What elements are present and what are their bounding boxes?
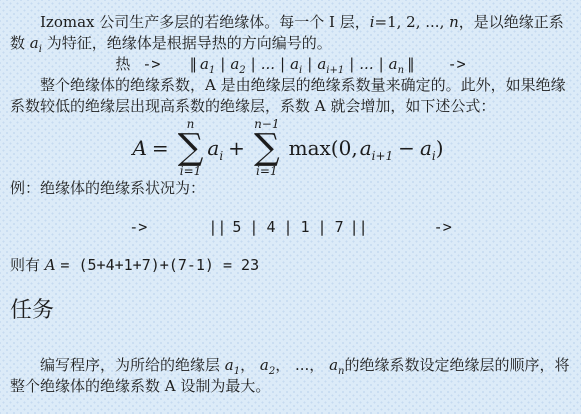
- sum-1-lower-limit: i=1: [180, 165, 202, 178]
- sequence-cell: ai: [290, 54, 302, 75]
- sequence-cell: an: [389, 54, 404, 75]
- double-bar-icon: ‖: [404, 54, 418, 75]
- bar-separator: |: [344, 54, 359, 75]
- cell-base: a: [290, 55, 299, 73]
- bar-separator: |: [246, 54, 261, 75]
- sequence-cell: a1: [200, 54, 215, 75]
- task-paragraph: 编写程序，为所给的绝缘层 a1， a2， ...， an的绝缘系数设定绝缘层的顺…: [10, 355, 571, 397]
- sigma-icon: ∑: [254, 131, 280, 165]
- task-heading: 任务: [10, 295, 571, 327]
- intro-paragraph: Izomax 公司生产多层的若绝缘体。每一个 I 层，i=1, 2, ..., …: [10, 12, 571, 54]
- double-bar-icon: ‖: [186, 54, 200, 75]
- arrow-right-icon: ->: [434, 217, 452, 238]
- task-comma-1: ，: [240, 356, 260, 374]
- intro-text-2: =1, 2, ...,: [375, 13, 450, 31]
- layer-value: 4: [266, 217, 275, 238]
- formula-close-paren: ): [436, 138, 444, 159]
- var-ai-base: a: [30, 34, 39, 52]
- sequence-cell: ai+1: [317, 54, 344, 75]
- sequence-cell: a2: [230, 54, 245, 75]
- var-n: n: [449, 13, 459, 31]
- var-a1: a1: [225, 356, 240, 374]
- arrow-right-icon: ->: [448, 54, 466, 75]
- var-base: a: [329, 356, 338, 374]
- cell-base: ...: [359, 55, 373, 73]
- cell-base: a: [389, 55, 398, 73]
- result-var: A: [45, 256, 56, 274]
- layer-value: 5: [232, 217, 241, 238]
- double-bar-icon: ||: [202, 217, 232, 238]
- term-sub: i: [219, 149, 223, 163]
- term-base: a: [420, 136, 432, 160]
- arrow-right-icon: ->: [129, 217, 147, 238]
- formula-lhs: A: [132, 138, 146, 159]
- example-layer-values: || 5 | 4 | 1 | 7 ||: [202, 217, 373, 238]
- sum-2-lower-limit: i=1: [256, 165, 278, 178]
- var-ai: ai: [30, 34, 42, 52]
- intro-text-1: Izomax 公司生产多层的若绝缘体。每一个 I 层，: [40, 13, 370, 31]
- cell-base: ...: [261, 55, 275, 73]
- coefficient-paragraph: 整个绝缘体的绝缘系数，A 是由绝缘层的绝缘系数量来确定的。此外，如果绝缘系数较低…: [10, 75, 571, 117]
- cell-base: a: [200, 55, 209, 73]
- term-base: a: [360, 136, 372, 160]
- term-a-i-plus-1: ai+1: [360, 138, 393, 159]
- layer-value: 1: [301, 217, 310, 238]
- problem-document: { "page": { "background": "#dcebf8", "do…: [0, 0, 581, 414]
- task-text-1: 编写程序，为所给的绝缘层: [40, 356, 225, 374]
- bar-separator: |: [215, 54, 230, 75]
- result-line: 则有 A = (5+4+1+7)+(7-1) = 23: [10, 255, 571, 276]
- heat-direction-line: 热 -> ‖ a1 | a2 | ... | ai | ai+1 | ... |…: [10, 54, 571, 75]
- sequence-cell: ...: [359, 54, 373, 75]
- intro-text-4: 为特征，绝缘体是根据导热的方向编号的。: [42, 34, 332, 52]
- var-base: a: [225, 356, 234, 374]
- heat-label: 热: [115, 54, 130, 75]
- sum-operator-2: n−1 ∑ i=1: [254, 118, 280, 178]
- formula-minus: −: [398, 138, 415, 159]
- bar-separator: |: [275, 217, 300, 238]
- cell-base: a: [230, 55, 239, 73]
- bar-separator: |: [374, 54, 389, 75]
- formula-plus: +: [228, 138, 245, 159]
- term-a-i-2: ai: [420, 138, 436, 159]
- var-an: an: [329, 356, 344, 374]
- term-sub: i+1: [372, 149, 394, 163]
- var-a2: a2: [260, 356, 275, 374]
- example-sequence-row: -> || 5 | 4 | 1 | 7 || ->: [10, 217, 571, 238]
- max-prefix: max(0,: [289, 138, 358, 159]
- bar-separator: |: [275, 54, 290, 75]
- bar-separator: |: [302, 54, 317, 75]
- result-prefix: 则有: [10, 256, 40, 274]
- cell-base: a: [317, 55, 326, 73]
- task-comma-2: ， ...，: [275, 356, 329, 374]
- double-bar-icon: ||: [344, 217, 374, 238]
- sequence-cell: ...: [261, 54, 275, 75]
- bar-separator: |: [310, 217, 335, 238]
- layer-value: 7: [335, 217, 344, 238]
- layer-sequence: ‖ a1 | a2 | ... | ai | ai+1 | ... | an ‖: [186, 54, 417, 75]
- formula-equals: =: [152, 138, 169, 159]
- result-expression: = (5+4+1+7)+(7-1) = 23: [60, 256, 259, 274]
- term-base: a: [207, 136, 219, 160]
- sigma-icon: ∑: [178, 131, 204, 165]
- var-base: a: [260, 356, 269, 374]
- sum-operator-1: n ∑ i=1: [178, 118, 204, 178]
- insulation-formula: A = n ∑ i=1 ai + n−1 ∑ i=1 max(0, ai+1 −…: [10, 118, 571, 178]
- arrow-right-icon: ->: [142, 54, 160, 75]
- term-a-i: ai: [207, 138, 223, 159]
- bar-separator: |: [241, 217, 266, 238]
- example-label: 例：绝缘体的绝缘系状况为：: [10, 178, 571, 199]
